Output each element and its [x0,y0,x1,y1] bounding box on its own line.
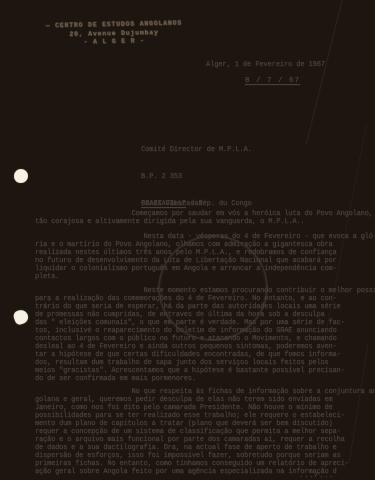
paragraph-3: Neste momento estamos procurando contrib… [35,287,375,383]
punch-hole-top [14,169,28,183]
paragraph-2: Nesta data - vésperas do 4 de Fevereiro … [35,233,375,281]
letter-paper: — CENTRO DE ESTUDOS ANGOLANOS 20, Avenue… [2,4,375,480]
addressee-line1: Comité Director de M.P.L.A. [141,146,252,155]
addressee-line2: B.P. 2 353 [141,173,252,182]
document-photo: { "stamp": { "line1": "— CENTRO DE ESTUD… [0,0,375,480]
sender-address-stamp: — CENTRO DE ESTUDOS ANGOLANOS 20, Avenue… [24,19,204,48]
continuation-mark: .../... [299,472,334,480]
paper-crease-line [306,0,343,144]
punch-hole-bottom [12,308,30,326]
dateline: Alger, 1 de Fevereiro de 1967 [206,61,325,69]
paragraph-1: Começamos por saudar em vós a heróica lu… [35,210,373,226]
salutation: Caros Camaradas [141,200,203,208]
reference-number: B / 7 / 67 [245,77,300,85]
paragraph-4: No que respeita às fichas de informação … [35,388,375,476]
